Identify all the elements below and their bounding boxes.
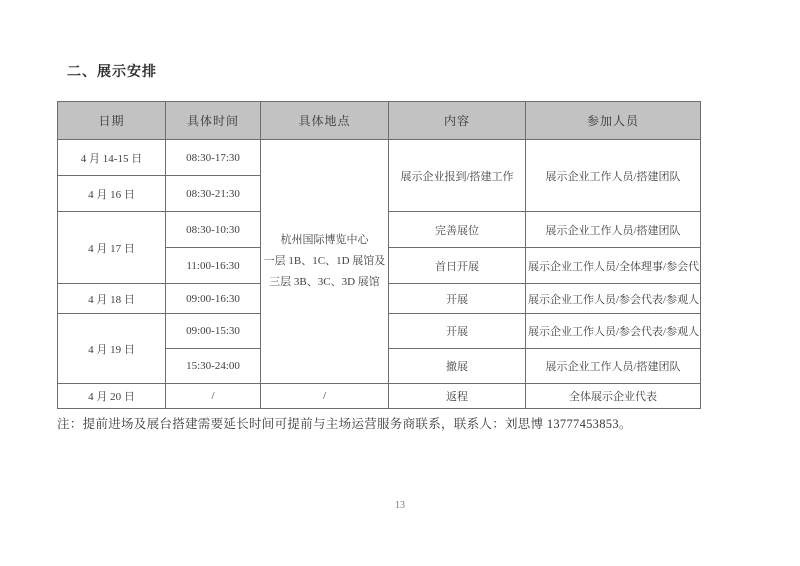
- participants-cell: 展示企业工作人员/参会代表/参观人员: [526, 314, 701, 349]
- content-cell: 撤展: [389, 349, 526, 384]
- participants-cell: 展示企业工作人员/搭建团队: [526, 140, 701, 212]
- date-cell: 4 月 18 日: [58, 284, 166, 314]
- participants-cell: 展示企业工作人员/全体理事/参会代表: [526, 248, 701, 284]
- time-cell: 09:00-15:30: [166, 314, 261, 349]
- date-cell: 4 月 20 日: [58, 384, 166, 409]
- time-cell: 09:00-16:30: [166, 284, 261, 314]
- time-cell: /: [166, 384, 261, 409]
- table-header-row: 日期 具体时间 具体地点 内容 参加人员: [58, 102, 701, 140]
- footnote: 注：提前进场及展台搭建需要延长时间可提前与主场运营服务商联系，联系人：刘思博 1…: [57, 414, 632, 432]
- time-cell: 08:30-10:30: [166, 212, 261, 248]
- time-cell: 08:30-21:30: [166, 176, 261, 212]
- content-cell: 首日开展: [389, 248, 526, 284]
- content-cell: 完善展位: [389, 212, 526, 248]
- location-line: 三层 3B、3C、3D 展馆: [263, 272, 386, 293]
- page-number: 13: [0, 500, 800, 511]
- date-cell: 4 月 14-15 日: [58, 140, 166, 176]
- header-location: 具体地点: [261, 102, 389, 140]
- table-row: 4 月 20 日 / / 返程 全体展示企业代表: [58, 384, 701, 409]
- time-cell: 08:30-17:30: [166, 140, 261, 176]
- participants-cell: 展示企业工作人员/搭建团队: [526, 349, 701, 384]
- date-cell: 4 月 16 日: [58, 176, 166, 212]
- location-cell: /: [261, 384, 389, 409]
- content-cell: 开展: [389, 314, 526, 349]
- participants-cell: 展示企业工作人员/搭建团队: [526, 212, 701, 248]
- table-row: 4 月 14-15 日 08:30-17:30 杭州国际博览中心 一层 1B、1…: [58, 140, 701, 176]
- time-cell: 11:00-16:30: [166, 248, 261, 284]
- content-cell: 返程: [389, 384, 526, 409]
- document-page: { "colors": { "page_bg": "#ffffff", "hea…: [0, 0, 800, 566]
- header-time: 具体时间: [166, 102, 261, 140]
- header-content: 内容: [389, 102, 526, 140]
- location-line: 一层 1B、1C、1D 展馆及: [263, 251, 386, 272]
- content-cell: 开展: [389, 284, 526, 314]
- time-cell: 15:30-24:00: [166, 349, 261, 384]
- section-title: 二、展示安排: [67, 61, 157, 81]
- schedule-table: 日期 具体时间 具体地点 内容 参加人员 4 月 14-15 日 08:30-1…: [57, 101, 701, 409]
- content-cell: 展示企业报到/搭建工作: [389, 140, 526, 212]
- date-cell: 4 月 19 日: [58, 314, 166, 384]
- participants-cell: 展示企业工作人员/参会代表/参观人员: [526, 284, 701, 314]
- location-line: 杭州国际博览中心: [263, 230, 386, 251]
- date-cell: 4 月 17 日: [58, 212, 166, 284]
- location-cell: 杭州国际博览中心 一层 1B、1C、1D 展馆及 三层 3B、3C、3D 展馆: [261, 140, 389, 384]
- header-participants: 参加人员: [526, 102, 701, 140]
- participants-cell: 全体展示企业代表: [526, 384, 701, 409]
- header-date: 日期: [58, 102, 166, 140]
